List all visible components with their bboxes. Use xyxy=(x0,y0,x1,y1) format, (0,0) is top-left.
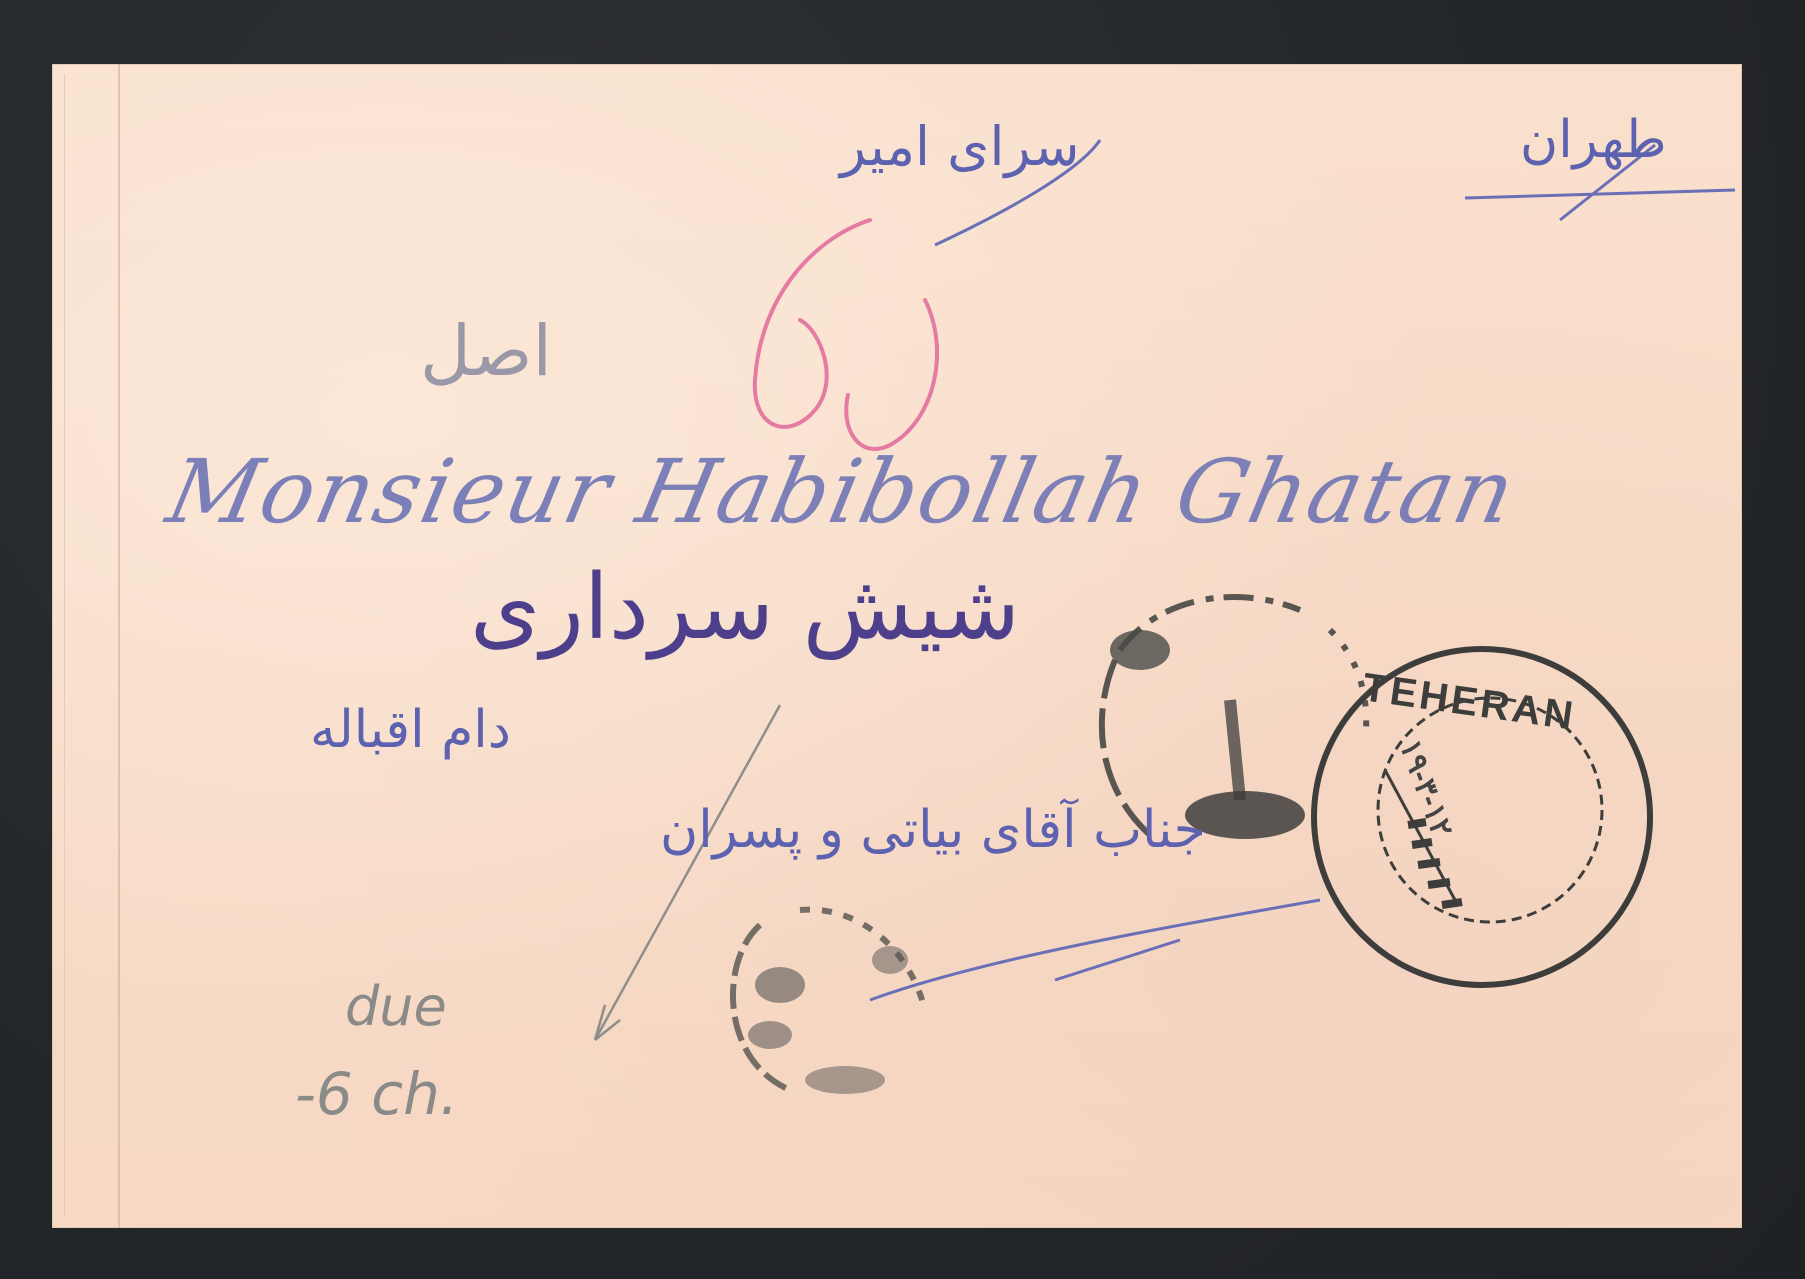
addressee-name: Monsieur Habibollah Ghatan xyxy=(159,440,1525,543)
persian-address-line-2: دام اقباله xyxy=(310,700,511,760)
postage-due-note: due xyxy=(345,975,447,1038)
pencil-persian-note: اصل xyxy=(420,310,552,392)
destination-city: طهران xyxy=(1520,110,1667,170)
envelope-fold-line xyxy=(118,64,120,1228)
persian-address-line-1: شیش سرداری xyxy=(470,555,1020,660)
persian-address-line-3: جناب آقای بیاتی و پسران xyxy=(660,800,1206,860)
persian-heading: سرای امیر xyxy=(840,115,1080,178)
postage-due-amount: -6 ch. xyxy=(295,1060,458,1128)
envelope-edge-line xyxy=(64,74,65,1215)
